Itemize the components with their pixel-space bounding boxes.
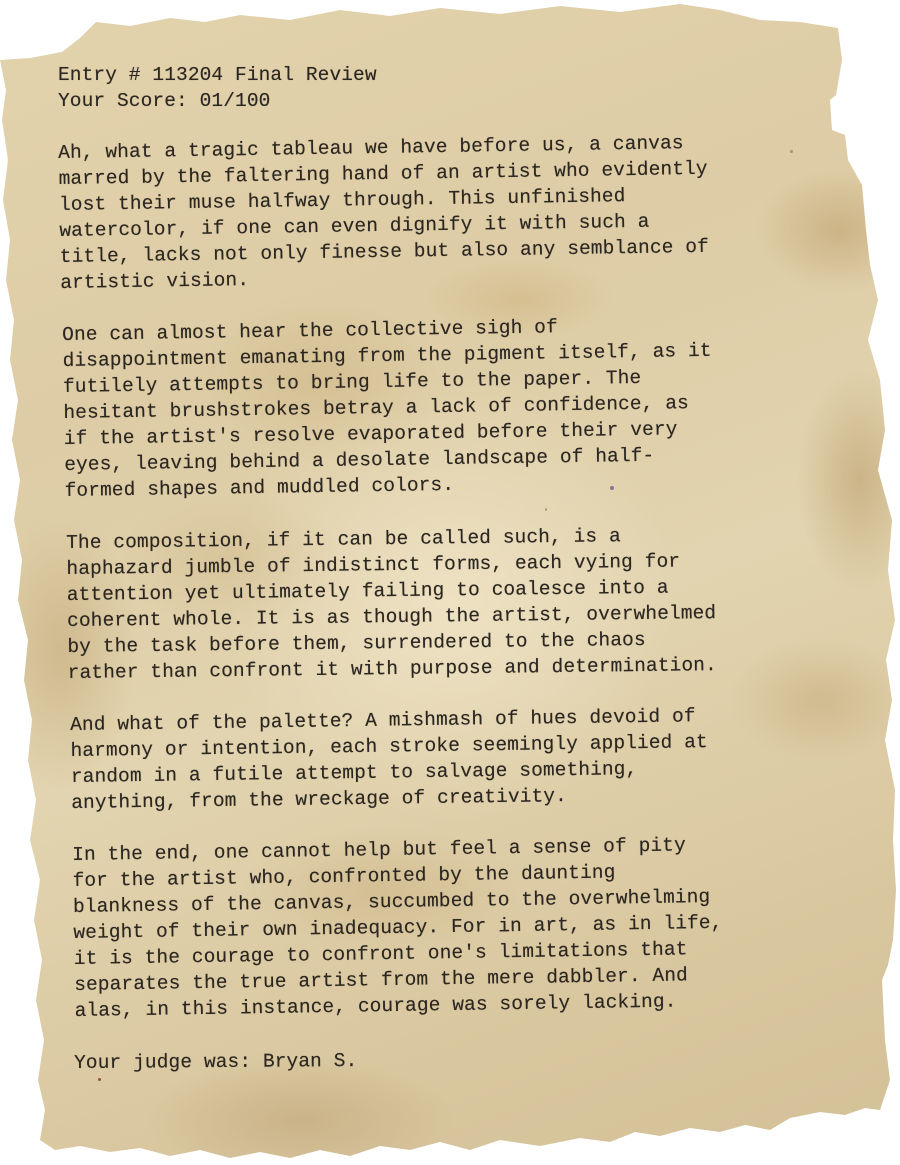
review-paragraph-3: The composition, if it can be called suc… [66, 521, 840, 686]
score-line: Your Score: 01/100 [58, 88, 838, 114]
review-footer: Your judge was: Bryan S. [74, 1045, 838, 1076]
review-paragraph-1: Ah, what a tragic tableau we have before… [58, 128, 840, 296]
judge-line: Your judge was: Bryan S. [74, 1045, 838, 1076]
review-paragraph-5: In the end, one cannot help but feel a s… [72, 830, 841, 1024]
review-text: Entry # 113204 Final Review Your Score: … [58, 62, 838, 1102]
review-header: Entry # 113204 Final Review Your Score: … [58, 62, 838, 114]
entry-title: Entry # 113204 Final Review [58, 62, 838, 88]
review-paragraph-4: And what of the palette? A mishmash of h… [70, 701, 839, 816]
review-paragraph-2: One can almost hear the collective sigh … [62, 310, 841, 504]
review-page: Entry # 113204 Final Review Your Score: … [0, 0, 900, 1165]
